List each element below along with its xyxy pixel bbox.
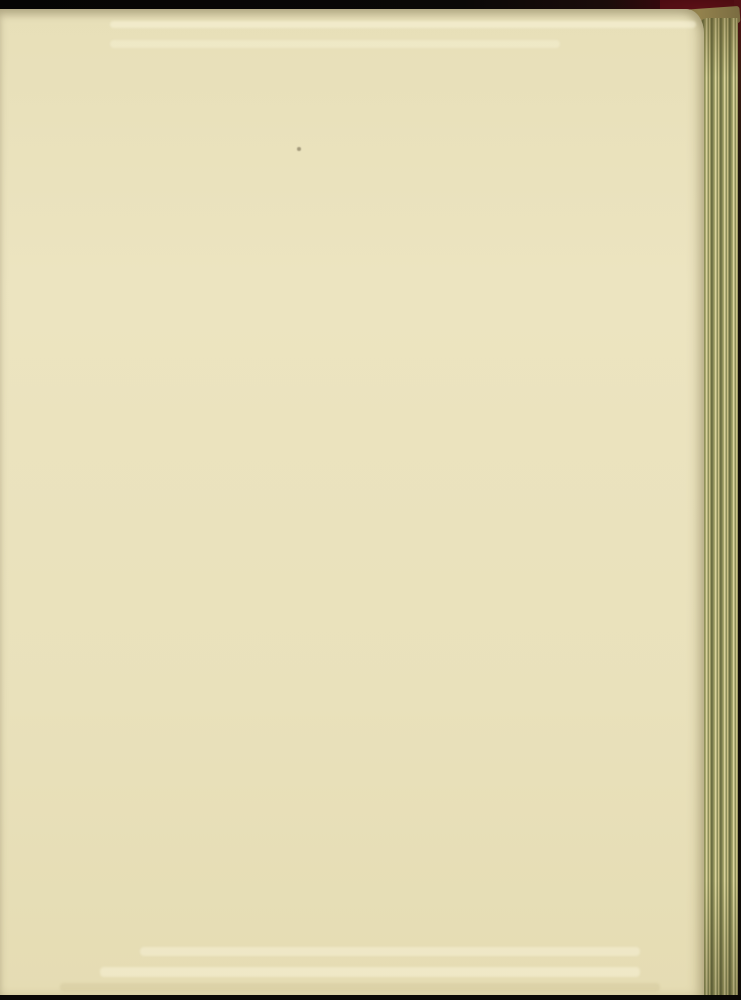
scan-border-bottom [0, 995, 741, 1000]
paper-streak [110, 40, 560, 48]
book-scan: risbdapikassgeagndd GREGORY VOLUNTEERS 9… [0, 0, 741, 1000]
scan-border-top [0, 0, 660, 9]
paper-streak [110, 21, 696, 28]
paper-streak [60, 983, 660, 992]
paper-streak [100, 967, 640, 977]
paper-streak [140, 947, 640, 956]
dust-speck [297, 147, 301, 151]
book-page [0, 9, 704, 997]
